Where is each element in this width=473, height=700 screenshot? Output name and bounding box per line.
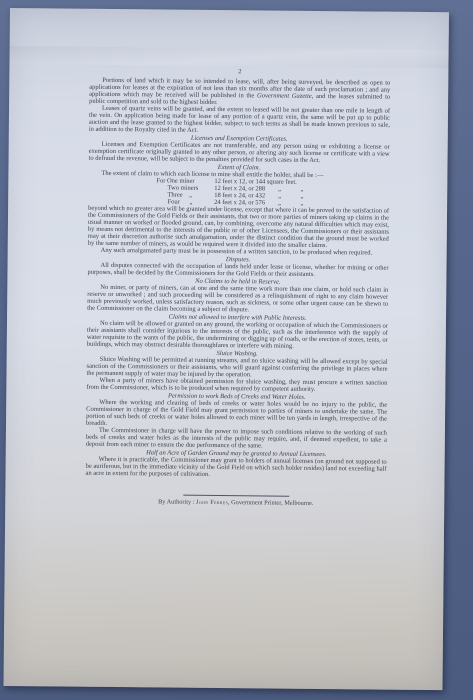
paragraph-where-practicable: Where it is practicable, the Commissione… (86, 456, 387, 480)
footer-divider (183, 495, 289, 497)
paragraph-when-party: When a party of miners have obtained per… (86, 377, 387, 394)
page-number: 2 (89, 67, 390, 77)
paragraph-sluice-permitted: Sluice Washing will be permitted at runn… (86, 356, 387, 380)
printer-name: John Ferres (196, 499, 228, 506)
paragraph-beyond-which: beyond which no greater area will be gra… (88, 205, 389, 250)
paragraph-licenses-transferable: Licenses and Exemption Certificates are … (89, 141, 390, 165)
paragraph-portions-of-land: Portions of land which it may be so inte… (89, 77, 390, 108)
paragraph-leases-quartz: Leases of quartz veins will be granted, … (89, 105, 390, 136)
claim-extent-table: For One miner 12 feet x 12, or 144 squar… (156, 177, 389, 207)
gazette-italic-text: Government Gazette (257, 92, 312, 100)
paragraph-no-claim-allowed: No claim will be allowed or granted on a… (87, 320, 388, 351)
scanned-document-page: 2 Portions of land which it may be so in… (3, 8, 448, 690)
imprint-line: By Authority : John Ferres, Government P… (85, 498, 386, 508)
paragraph-all-disputes: All disputes connected with the occupati… (87, 262, 388, 279)
paragraph-no-miner: No miner, or party of miners, can at one… (87, 284, 388, 315)
paragraph-where-working: Where the working and clearing of beds o… (86, 399, 387, 430)
imprint-text: By Authority : (158, 498, 196, 505)
page-content: 2 Portions of land which it may be so in… (85, 67, 390, 508)
imprint-text: , Government Printer, Melbourne. (228, 499, 314, 507)
paragraph-commissioner-power: The Commissioner in charge will have the… (86, 427, 387, 451)
